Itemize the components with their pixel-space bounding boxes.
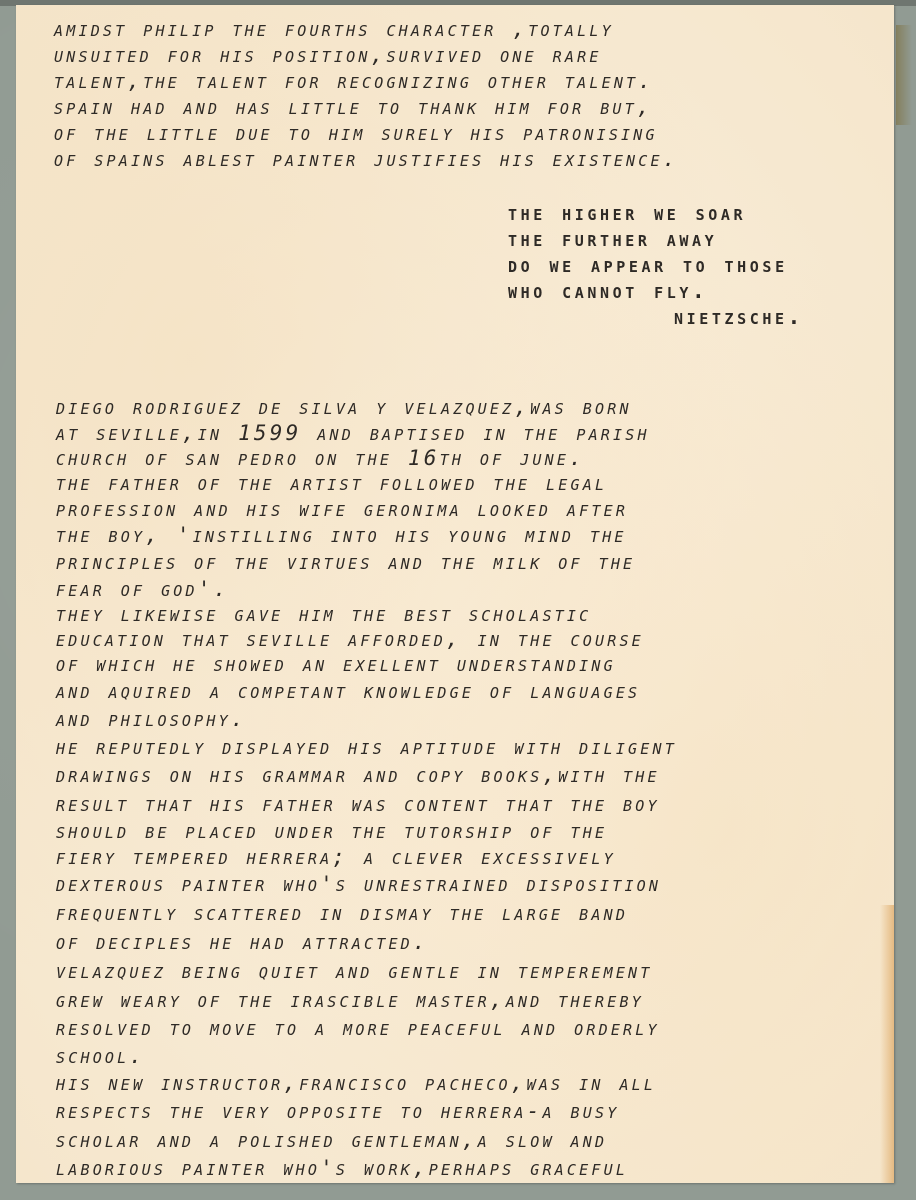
text-line: Amidst Philip the fourths character ,tot… bbox=[54, 17, 614, 41]
text-line: result that his father was content that … bbox=[56, 792, 660, 816]
text-line: scholar and a polished gentleman,a slow … bbox=[56, 1128, 607, 1152]
text-line: of Spains ablest painter justifies his e… bbox=[54, 147, 679, 171]
text-line: of the little due to him surely his patr… bbox=[54, 121, 658, 145]
text-line: of deciples he had attracted. bbox=[56, 930, 429, 954]
text-line: principles of the virtues and the milk o… bbox=[56, 550, 635, 574]
text-line: should be placed under the tutorship of … bbox=[56, 819, 607, 843]
text-line: Diego Rodriguez de Silva Y Velazquez,was… bbox=[56, 395, 632, 419]
text-line: resolved to move to a more peaceful and … bbox=[56, 1016, 660, 1040]
epigraph-attribution: Nietzsche. bbox=[674, 305, 804, 329]
text-line: His new instructor,Francisco Pacheco,was… bbox=[56, 1071, 656, 1095]
epigraph-line: do we appear to those bbox=[508, 253, 788, 277]
epigraph-line: who cannot fly. bbox=[508, 279, 708, 303]
text-line: dexterous painter who's unrestrained dis… bbox=[56, 872, 661, 896]
text-line: respects the very opposite to Herrera-a … bbox=[56, 1099, 619, 1123]
text-line: Spain had and has little to thank him fo… bbox=[54, 95, 653, 119]
text-line: talent,the talent for recognizing other … bbox=[54, 69, 654, 93]
text-line: at Seville,in 1599 and baptised in the p… bbox=[56, 421, 650, 445]
text-line: laborious painter who's work,perhaps gra… bbox=[56, 1156, 628, 1180]
text-line: profession and his wife Geronima looked … bbox=[56, 497, 628, 521]
text-line: fiery tempered Herrera; a clever excessi… bbox=[56, 845, 616, 869]
text-line: They likewise gave him the best scholast… bbox=[56, 602, 591, 626]
text-line: grew weary of the irascible master,and t… bbox=[56, 988, 644, 1012]
text-line: He reputedly displayed his aptitude with… bbox=[56, 735, 677, 759]
epigraph-line: the further away bbox=[508, 227, 717, 251]
glue-stain bbox=[896, 25, 912, 125]
text-line: The father of the artist followed the le… bbox=[56, 471, 607, 495]
epigraph-line: The higher we soar bbox=[508, 201, 746, 225]
text-line: drawings on his grammar and copy books,w… bbox=[56, 763, 660, 787]
text-line: unsuited for his position,survived one r… bbox=[54, 43, 602, 67]
text-line: fear of God'. bbox=[56, 577, 229, 601]
typewritten-page: Amidst Philip the fourths character ,tot… bbox=[16, 5, 894, 1183]
water-stain bbox=[880, 905, 894, 1183]
text-line: school. bbox=[56, 1044, 145, 1068]
text-line: of which he showed an exellent understan… bbox=[56, 652, 616, 676]
text-line: and philosophy. bbox=[56, 707, 247, 731]
text-line: Velazquez being quiet and gentle in temp… bbox=[56, 959, 653, 983]
text-line: church of San Pedro on the 16th of June. bbox=[56, 446, 585, 470]
text-line: education that Seville afforded, in the … bbox=[56, 627, 644, 651]
text-line: the boy, 'instilling into his young mind… bbox=[56, 523, 627, 547]
text-line: and aquired a competant knowledge of lan… bbox=[56, 679, 640, 703]
text-line: frequently scattered in dismay the large… bbox=[56, 901, 628, 925]
